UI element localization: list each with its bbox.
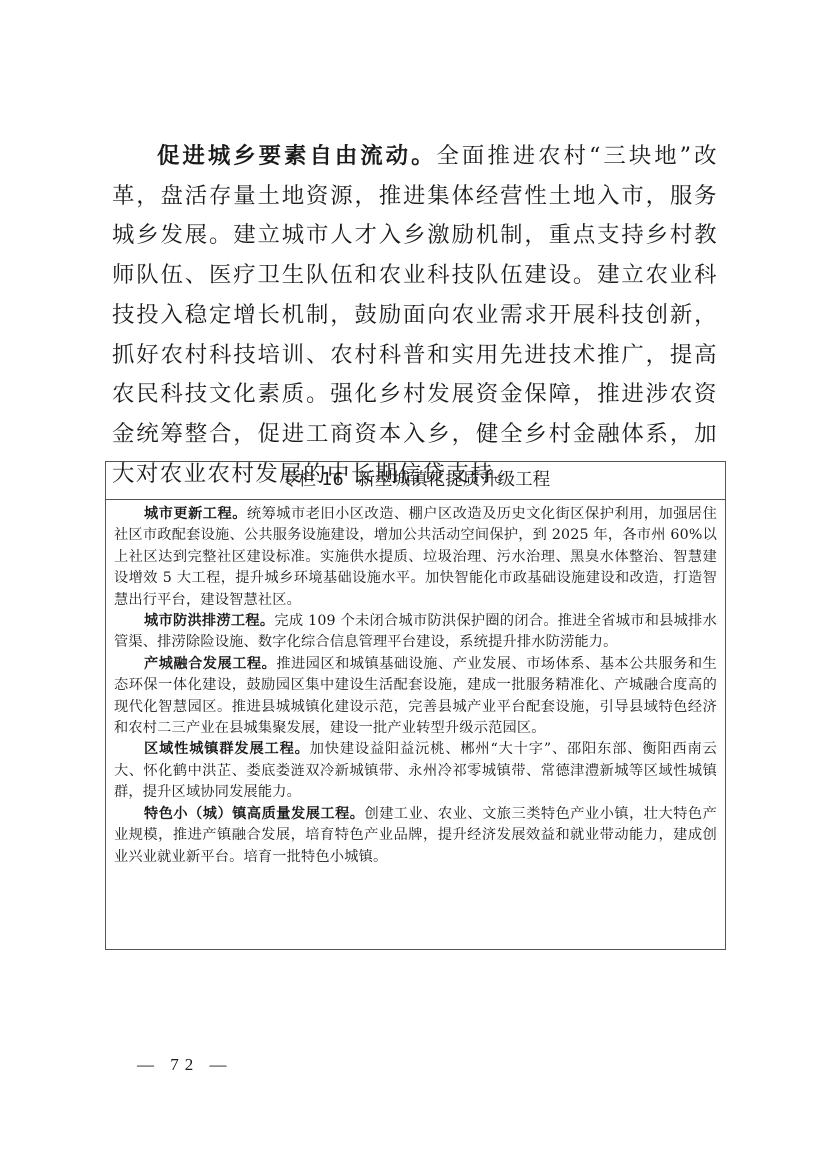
project-item-urban-renewal: 城市更新工程。统筹城市老旧小区改造、棚户区改造及历史文化街区保护利用，加强居住社… — [114, 504, 717, 611]
item-lead: 特色小（城）镇高质量发展工程。 — [144, 806, 365, 822]
column-label: 专栏 16 — [281, 470, 344, 490]
document-page: 促进城乡要素自由流动。全面推进农村“三块地”改革，盘活存量土地资源，推进集体经营… — [0, 0, 827, 1169]
item-lead: 城市更新工程。 — [144, 506, 247, 522]
item-lead: 城市防洪排涝工程。 — [144, 613, 274, 629]
project-item-industry-city-integration: 产城融合发展工程。推进园区和城镇基础设施、产业发展、市场体系、基本公共服务和生态… — [114, 654, 717, 740]
paragraph-text: 全面推进农村“三块地”改革，盘活存量土地资源，推进集体经营性土地入市，服务城乡发… — [112, 143, 718, 487]
column-box-body: 城市更新工程。统筹城市老旧小区改造、棚户区改造及历史文化街区保护利用，加强居住社… — [106, 500, 725, 868]
column-box-title: 专栏 16新型城镇化提质升级工程 — [106, 462, 725, 500]
project-item-flood-control: 城市防洪排涝工程。完成 109 个未闭合城市防洪保护圈的闭合。推进全省城市和县城… — [114, 611, 717, 654]
column-title: 新型城镇化提质升级工程 — [358, 470, 551, 490]
project-item-characteristic-towns: 特色小（城）镇高质量发展工程。创建工业、农业、文旅三类特色产业小镇，壮大特色产业… — [114, 804, 717, 868]
project-item-regional-town-cluster: 区域性城镇群发展工程。加快建设益阳益沅桃、郴州“大十字”、邵阳东部、衡阳西南云大… — [114, 739, 717, 803]
body-paragraph: 促进城乡要素自由流动。全面推进农村“三块地”改革，盘活存量土地资源，推进集体经营… — [112, 137, 718, 494]
item-lead: 区域性城镇群发展工程。 — [144, 741, 310, 757]
paragraph-lead: 促进城乡要素自由流动。 — [157, 143, 437, 169]
item-lead: 产城融合发展工程。 — [144, 656, 276, 672]
column-box: 专栏 16新型城镇化提质升级工程 城市更新工程。统筹城市老旧小区改造、棚户区改造… — [105, 461, 726, 950]
page-number: — 72 — — [137, 1055, 233, 1075]
